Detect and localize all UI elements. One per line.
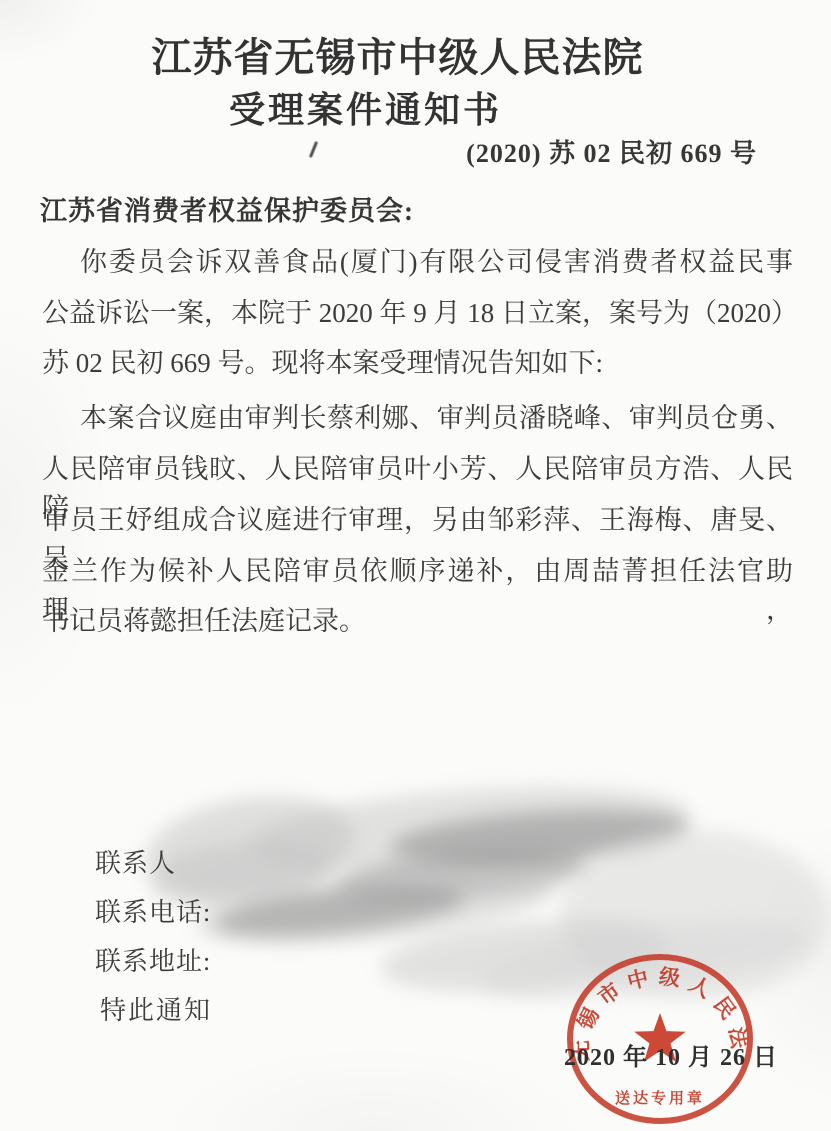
paragraph2-line2: 人民陪审员钱旼、人民陪审员叶小芳、人民陪审员方浩、人民陪: [42, 447, 793, 487]
redaction-smudge: [248, 775, 693, 885]
redaction-smudge: [193, 856, 558, 957]
addressee-line: 江苏省消费者权益保护委员会:: [40, 189, 414, 228]
paragraph2-line5: 书记员蒋懿担任法庭记录。: [42, 599, 793, 639]
paragraph2-line3: 审员王妤组成合议庭进行审理，另由邹彩萍、王海梅、唐旻、吴: [42, 498, 793, 538]
court-notice-document: 江苏省无锡市中级人民法院 受理案件通知书 (2020) 苏 02 民初 669 …: [0, 0, 831, 1131]
issue-date: 2020 年 10 月 26 日: [564, 1037, 778, 1072]
seal-bottom-text: 送达专用章: [615, 1089, 705, 1107]
paragraph2-line4: 金兰作为候补人民陪审员依顺序递补，由周喆菁担任法官助理，: [42, 549, 793, 589]
document-type-title: 受理案件通知书: [0, 82, 781, 133]
redaction-smudge: [213, 877, 466, 945]
paragraph2-line1: 本案合议庭由审判长蔡利娜、审判员潘晓峰、审判员仓勇、: [42, 396, 793, 436]
contact-phone-label: 联系电话:: [95, 892, 211, 929]
stray-scan-mark: [309, 141, 318, 158]
paragraph1-line3: 苏 02 民初 669 号。现将本案受理情况告知如下:: [42, 341, 793, 381]
redaction-smudge: [333, 842, 591, 910]
paragraph1-line1: 你委员会诉双善食品(厦门)有限公司侵害消费者权益民事: [42, 240, 793, 280]
redaction-smudge: [389, 802, 692, 873]
paragraph1-line2: 公益诉讼一案，本院于 2020 年 9 月 18 日立案，案号为（2020）: [42, 291, 793, 331]
contact-address-label: 联系地址:: [95, 941, 211, 978]
case-number: (2020) 苏 02 民初 669 号: [466, 133, 757, 170]
contact-person-label: 联系人: [95, 843, 176, 880]
hereby-notified-line: 特此通知: [100, 990, 212, 1027]
court-name-title: 江苏省无锡市中级人民法院: [0, 26, 813, 83]
